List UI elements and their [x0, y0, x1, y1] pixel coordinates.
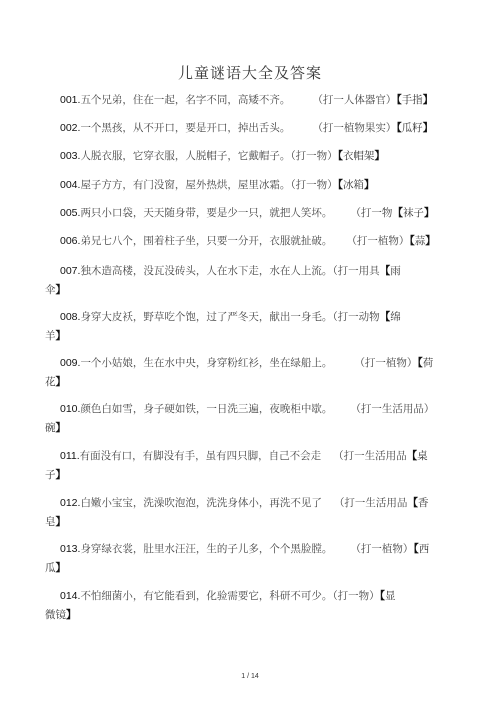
- riddle-question: 屋子方方，有门没窗，屋外热烘，屋里冰霜。: [80, 179, 290, 191]
- riddle-answer-continued: 花: [45, 376, 56, 388]
- riddle-hint: （打一物）: [290, 179, 337, 191]
- riddle-hint: （打一生活用品: [333, 450, 407, 462]
- riddle-question: 五个兄弟，住在一起，名字不同，高矮不齐。: [80, 94, 290, 106]
- riddle-hint: （打一人体器官）: [312, 94, 396, 106]
- riddle-item-001: 001.五个兄弟，住在一起，名字不同，高矮不齐。（打一人体器官）【手指】: [45, 91, 465, 110]
- riddle-hint: （打一生活用品: [334, 497, 408, 509]
- riddle-question: 身穿绿衣裳，肚里水汪汪，生的子儿多，个个黑脸膛。: [80, 543, 332, 555]
- riddle-hint: （打一植物）: [350, 543, 413, 555]
- riddle-answer: 荷: [423, 357, 434, 369]
- riddle-continuation: 瓜】: [45, 559, 465, 578]
- riddle-answer: 衣帽架: [343, 150, 375, 162]
- page-title: 儿童谜语大全及答案: [0, 62, 500, 83]
- answer-bracket-close: 】: [423, 122, 434, 134]
- answer-bracket-close: 】: [56, 330, 67, 342]
- riddle-hint: （打一物: [350, 207, 392, 219]
- answer-bracket-open: 【: [380, 265, 391, 277]
- riddle-number: 007.: [60, 265, 80, 277]
- riddle-answer: 雨: [390, 265, 401, 277]
- riddle-continuation: 伞】: [45, 281, 465, 300]
- riddle-answer-continued: 皂: [45, 516, 56, 528]
- answer-bracket-open: 【: [392, 207, 403, 219]
- riddle-hint: （打一用具: [332, 265, 379, 277]
- riddle-answer: 手指: [402, 94, 423, 106]
- riddle-item-007: 007.独木造高楼，没瓦没砖头，人在水下走，水在人上流。（打一用具【雨 伞】: [45, 262, 465, 300]
- riddle-hint: （打一生活用品）: [350, 403, 434, 415]
- riddle-hint: （打一植物果实）: [312, 122, 396, 134]
- riddle-question: 不怕细菌小，有它能看到，化验需要它，科研不可少。: [80, 590, 332, 602]
- riddle-hint: （打一植物）: [346, 235, 409, 247]
- answer-bracket-close: 】: [56, 562, 67, 574]
- riddle-item-002: 002.一个黑孩，从不开口，要是开口，掉出舌头。（打一植物果实）【瓜籽】: [45, 119, 465, 138]
- riddle-number: 008.: [60, 311, 80, 323]
- answer-bracket-close: 】: [56, 422, 67, 434]
- riddle-answer: 显: [385, 590, 396, 602]
- answer-bracket-open: 【: [407, 450, 418, 462]
- answer-bracket-close: 】: [56, 376, 67, 388]
- riddle-hint: （打一物）: [332, 590, 379, 602]
- answer-bracket-close: 】: [423, 94, 434, 106]
- riddle-question: 一个黑孩，从不开口，要是开口，掉出舌头。: [80, 122, 290, 134]
- riddle-item-011: 011.有面没有口，有脚没有手，虽有四只脚，自己不会走（打一生活用品【桌 子】: [45, 447, 465, 485]
- riddle-answer: 冰箱: [343, 179, 364, 191]
- riddle-question: 一个小姑娘，生在水中央，身穿粉红衫，坐在绿船上。: [80, 357, 332, 369]
- answer-bracket-open: 【: [380, 311, 391, 323]
- riddle-answer-continued: 碗: [45, 422, 56, 434]
- answer-bracket-close: 】: [56, 469, 67, 481]
- riddle-answer: 袜子: [403, 207, 424, 219]
- riddle-question: 两只小口袋，天天随身带，要是少一只，就把人笑坏。: [80, 207, 332, 219]
- riddle-item-008: 008.身穿大皮袄，野草吃个饱，过了严冬天，献出一身毛。（打一动物【绵 羊】: [45, 308, 465, 346]
- answer-bracket-close: 】: [66, 609, 77, 621]
- riddle-number: 009.: [60, 357, 80, 369]
- riddle-hint: （打一物）: [290, 150, 337, 162]
- riddle-number: 001.: [60, 94, 80, 106]
- answer-bracket-close: 】: [425, 235, 436, 247]
- riddle-answer: 瓜籽: [402, 122, 423, 134]
- riddle-question: 弟兄七八个，围着柱子坐，只要一分开，衣服就扯破。: [80, 235, 332, 247]
- riddle-answer: 香: [418, 497, 429, 509]
- riddle-continuation: 花】: [45, 373, 465, 392]
- riddle-continuation: 碗】: [45, 419, 465, 438]
- riddle-number: 012.: [60, 497, 80, 509]
- riddle-answer: 蒜: [415, 235, 426, 247]
- riddle-answer-continued: 微镜: [45, 609, 66, 621]
- riddle-item-012: 012.白嫩小宝宝，洗澡吹泡泡，洗洗身体小，再洗不见了（打一生活用品【香 皂】: [45, 494, 465, 532]
- riddle-number: 010.: [60, 403, 80, 415]
- answer-bracket-open: 【: [407, 497, 418, 509]
- riddle-question: 颜色白如雪，身子硬如铁，一日洗三遍，夜晚柜中歇。: [80, 403, 332, 415]
- riddle-continuation: 羊】: [45, 327, 465, 346]
- riddle-number: 005.: [60, 207, 80, 219]
- riddle-hint: （打一植物）: [354, 357, 417, 369]
- riddle-item-010: 010.颜色白如雪，身子硬如铁，一日洗三遍，夜晚柜中歇。（打一生活用品） 碗】: [45, 400, 465, 438]
- answer-bracket-close: 】: [424, 207, 435, 219]
- answer-bracket-close: 】: [56, 284, 67, 296]
- riddle-answer: 桌: [417, 450, 428, 462]
- document-page: 儿童谜语大全及答案 001.五个兄弟，住在一起，名字不同，高矮不齐。（打一人体器…: [0, 0, 500, 707]
- answer-bracket-close: 】: [364, 179, 375, 191]
- riddle-item-004: 004.屋子方方，有门没窗，屋外热烘，屋里冰霜。（打一物）【冰箱】: [45, 176, 465, 195]
- riddle-answer: 西: [419, 543, 430, 555]
- riddle-question: 白嫩小宝宝，洗澡吹泡泡，洗洗身体小，再洗不见了: [80, 497, 322, 509]
- riddle-item-014: 014.不怕细菌小，有它能看到，化验需要它，科研不可少。（打一物）【显 微镜】: [45, 587, 465, 625]
- answer-bracket-close: 】: [374, 150, 385, 162]
- riddle-question: 有面没有口，有脚没有手，虽有四只脚，自己不会走: [80, 450, 322, 462]
- riddle-number: 003.: [60, 150, 80, 162]
- answer-bracket-close: 】: [56, 516, 67, 528]
- riddle-item-003: 003.人脱衣服，它穿衣服，人脱帽子，它戴帽子。（打一物）【衣帽架】: [45, 147, 465, 166]
- riddle-item-013: 013.身穿绿衣裳，肚里水汪汪，生的子儿多，个个黑脸膛。（打一植物）【西 瓜】: [45, 540, 465, 578]
- riddle-continuation: 皂】: [45, 513, 465, 532]
- riddle-number: 004.: [60, 179, 80, 191]
- riddle-answer-continued: 瓜: [45, 562, 56, 574]
- riddle-number: 014.: [60, 590, 80, 602]
- riddle-continuation: 子】: [45, 466, 465, 485]
- riddle-question: 独木造高楼，没瓦没砖头，人在水下走，水在人上流。: [80, 265, 332, 277]
- riddle-number: 013.: [60, 543, 80, 555]
- riddle-question: 人脱衣服，它穿衣服，人脱帽子，它戴帽子。: [80, 150, 290, 162]
- riddle-answer-continued: 伞: [45, 284, 56, 296]
- page-indicator: 1 / 14: [0, 673, 500, 680]
- riddle-item-009: 009.一个小姑娘，生在水中央，身穿粉红衫，坐在绿船上。（打一植物）【荷 花】: [45, 354, 465, 392]
- riddle-number: 006.: [60, 235, 80, 247]
- riddle-item-006: 006.弟兄七八个，围着柱子坐，只要一分开，衣服就扯破。（打一植物）【蒜】: [45, 232, 465, 251]
- riddle-answer-continued: 子: [45, 469, 56, 481]
- riddle-question: 身穿大皮袄，野草吃个饱，过了严冬天，献出一身毛。: [80, 311, 332, 323]
- riddle-hint: （打一动物: [332, 311, 379, 323]
- riddle-continuation: 微镜】: [45, 606, 465, 625]
- riddle-number: 011.: [60, 450, 80, 462]
- riddle-answer-continued: 羊: [45, 330, 56, 342]
- riddle-number: 002.: [60, 122, 80, 134]
- riddle-answer: 绵: [390, 311, 401, 323]
- riddle-item-005: 005.两只小口袋，天天随身带，要是少一只，就把人笑坏。（打一物【袜子】: [45, 204, 465, 223]
